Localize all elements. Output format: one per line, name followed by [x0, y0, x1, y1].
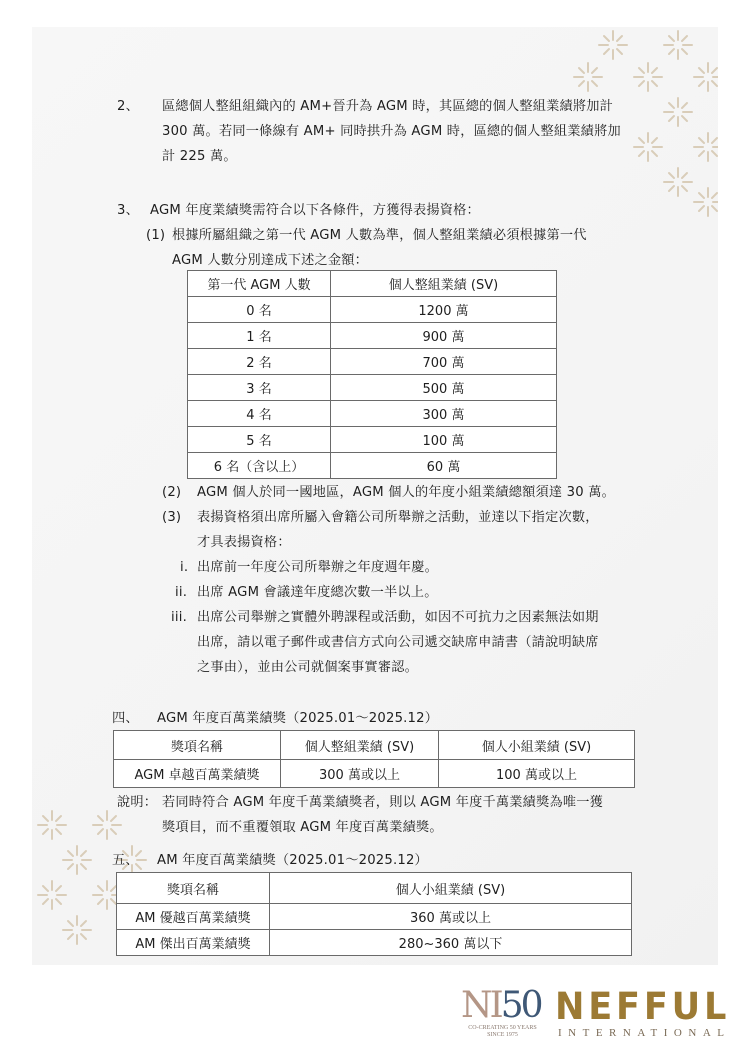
brand-name: NEFFUL	[555, 985, 730, 1028]
table-row: 0 名 1200 萬	[188, 297, 557, 323]
subitem-marker: i.	[180, 557, 188, 579]
n50-letter-i: I	[490, 985, 501, 1026]
table-header-cell: 個人小組業績 (SV)	[439, 731, 635, 760]
table-row: AGM 卓越百萬業績獎 300 萬或以上 100 萬或以上	[114, 760, 635, 788]
item-2-text: AGM 個人於同一國地區，AGM 個人的年度小組業績總額須達 30 萬。	[197, 482, 615, 504]
section-4-title: AGM 年度百萬業績獎（2025.01～2025.12）	[157, 708, 438, 730]
table-header-row: 第一代 AGM 人數 個人整組業績 (SV)	[188, 271, 557, 297]
table-row: 4 名 300 萬	[188, 401, 557, 427]
table-cell: 3 名	[188, 375, 331, 401]
table-header-cell: 個人整組業績 (SV)	[281, 731, 439, 760]
subitem-line: 出席，請以電子郵件或書信方式向公司遞交缺席申請書（請說明缺席	[197, 632, 599, 654]
table-row: 1 名 900 萬	[188, 323, 557, 349]
table-cell: 5 名	[188, 427, 331, 453]
section-2-line: 300 萬。若同一條線有 AM+ 同時拱升為 AGM 時，區總的個人整組業績將加	[162, 121, 621, 143]
table-cell: AGM 卓越百萬業績獎	[114, 760, 281, 788]
brand-subtitle: INTERNATIONAL	[558, 1027, 730, 1039]
table-header-cell: 獎項名稱	[114, 731, 281, 760]
agm-million-award-table: 獎項名稱 個人整組業績 (SV) 個人小組業績 (SV) AGM 卓越百萬業績獎…	[113, 730, 635, 788]
table-cell: 60 萬	[331, 453, 557, 479]
table-cell: 100 萬或以上	[439, 760, 635, 788]
item-3-line: 才具表揚資格：	[197, 532, 291, 554]
table-row: 3 名 500 萬	[188, 375, 557, 401]
table-header-row: 獎項名稱 個人整組業績 (SV) 個人小組業績 (SV)	[114, 731, 635, 760]
n50-number: 50	[501, 985, 541, 1026]
table-cell: 2 名	[188, 349, 331, 375]
table-cell: 1200 萬	[331, 297, 557, 323]
table-cell: 300 萬或以上	[281, 760, 439, 788]
table-cell: 100 萬	[331, 427, 557, 453]
table-header-cell: 第一代 AGM 人數	[188, 271, 331, 297]
subitem-marker: iii.	[171, 607, 187, 629]
item-1-number: (1)	[146, 225, 165, 247]
table-cell: 0 名	[188, 297, 331, 323]
table-cell: 900 萬	[331, 323, 557, 349]
table-row: 2 名 700 萬	[188, 349, 557, 375]
table-header-cell: 個人小組業績 (SV)	[270, 873, 632, 904]
section-2-line: 區總個人整組組織內的 AM+晉升為 AGM 時，其區總的個人整組業績將加計	[162, 96, 613, 118]
section-3-heading: AGM 年度業績獎需符合以下各條件，方獲得表揚資格：	[150, 200, 480, 222]
am-million-award-table: 獎項名稱 個人小組業績 (SV) AM 優越百萬業績獎 360 萬或以上 AM …	[116, 872, 632, 956]
section-2-line: 計 225 萬。	[162, 146, 237, 168]
note-line: 獎項目，而不重覆領取 AGM 年度百萬業績獎。	[162, 817, 443, 839]
n50-tagline-line: SINCE 1975	[455, 1032, 550, 1039]
table-cell: 4 名	[188, 401, 331, 427]
table-header-row: 獎項名稱 個人小組業績 (SV)	[117, 873, 632, 904]
subitem-marker: ii.	[175, 582, 187, 604]
table-row: 5 名 100 萬	[188, 427, 557, 453]
n50-letter-n: N	[461, 985, 490, 1026]
table-cell: 300 萬	[331, 401, 557, 427]
table-row: 6 名（含以上） 60 萬	[188, 453, 557, 479]
section-4-number: 四、	[112, 708, 139, 730]
item-3-number: (3)	[162, 507, 181, 529]
n50-anniversary-logo: NI50	[461, 985, 541, 1026]
subitem-line: 之事由），並由公司就個案事實審認。	[197, 657, 418, 679]
section-5-title: AM 年度百萬業績獎（2025.01～2025.12）	[157, 850, 428, 872]
item-3-line: 表揚資格須出席所屬入會籍公司所舉辦之活動，並達以下指定次數，	[197, 507, 599, 529]
agm-threshold-table: 第一代 AGM 人數 個人整組業績 (SV) 0 名 1200 萬 1 名 90…	[187, 270, 557, 479]
section-2-number: 2、	[117, 96, 139, 118]
table-cell: 700 萬	[331, 349, 557, 375]
section-3-number: 3、	[117, 200, 139, 222]
note-label: 說明：	[117, 792, 157, 814]
item-1-line: 根據所屬組織之第一代 AGM 人數為準，個人整組業績必須根據第一代	[172, 225, 587, 247]
subitem-line: 出席前一年度公司所舉辦之年度週年慶。	[197, 557, 438, 579]
note-line: 若同時符合 AGM 年度千萬業績獎者，則以 AGM 年度千萬業績獎為唯一獲	[162, 792, 603, 814]
section-5-number: 五、	[112, 850, 139, 872]
table-cell: AM 優越百萬業績獎	[117, 904, 270, 930]
item-2-number: (2)	[162, 482, 181, 504]
table-cell: 6 名（含以上）	[188, 453, 331, 479]
table-row: AM 傑出百萬業績獎 280~360 萬以下	[117, 930, 632, 956]
table-cell: AM 傑出百萬業績獎	[117, 930, 270, 956]
subitem-line: 出席 AGM 會議達年度總次數一半以上。	[197, 582, 438, 604]
table-cell: 360 萬或以上	[270, 904, 632, 930]
nefful-logo: NI50 CO-CREATING 50 YEARS SINCE 1975 NEF…	[455, 985, 725, 1045]
item-1-line: AGM 人數分別達成下述之金額：	[172, 250, 368, 272]
table-cell: 280~360 萬以下	[270, 930, 632, 956]
table-header-cell: 獎項名稱	[117, 873, 270, 904]
n50-tagline-line: CO-CREATING 50 YEARS	[455, 1025, 550, 1032]
subitem-line: 出席公司舉辦之實體外聘課程或活動，如因不可抗力之因素無法如期	[197, 607, 599, 629]
table-header-cell: 個人整組業績 (SV)	[331, 271, 557, 297]
table-cell: 500 萬	[331, 375, 557, 401]
table-cell: 1 名	[188, 323, 331, 349]
n50-tagline: CO-CREATING 50 YEARS SINCE 1975	[455, 1025, 550, 1039]
table-row: AM 優越百萬業績獎 360 萬或以上	[117, 904, 632, 930]
